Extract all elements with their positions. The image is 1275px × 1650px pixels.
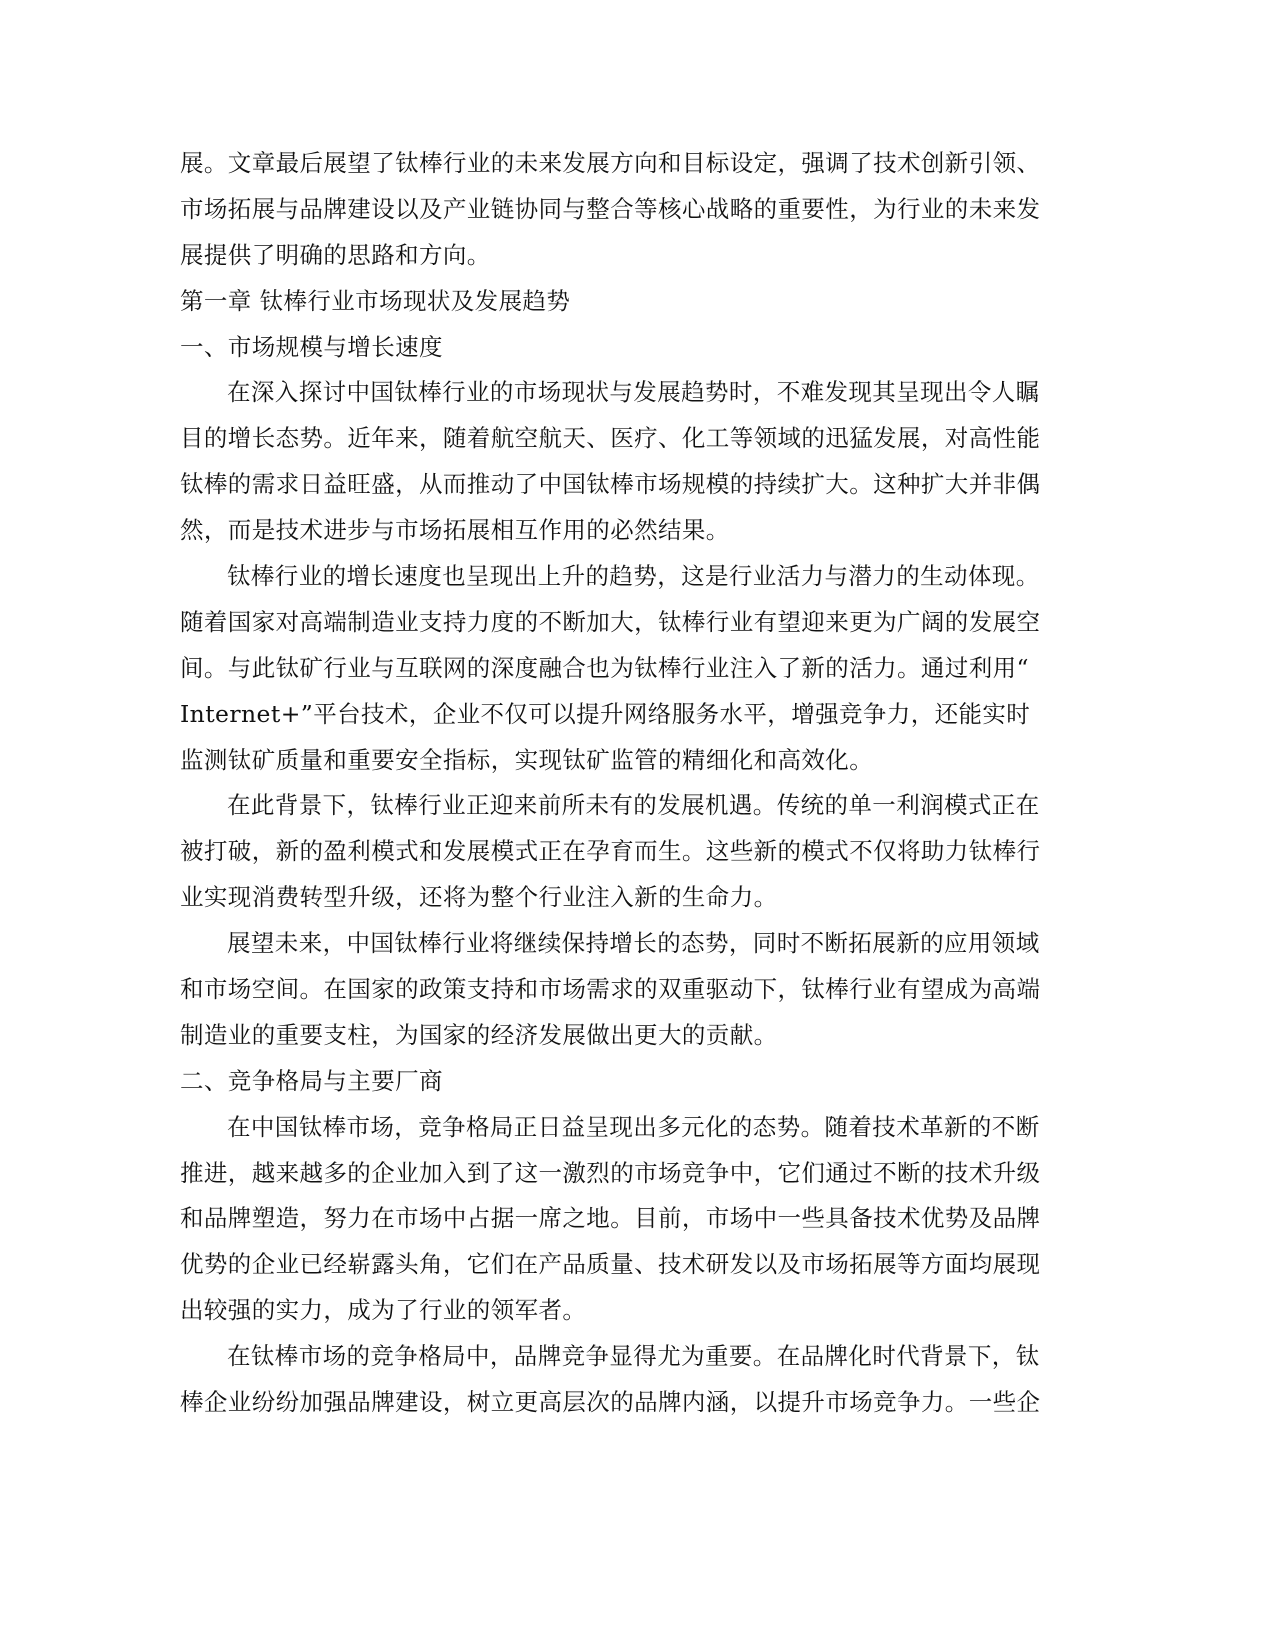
paragraph-line: 展望未来，中国钛棒行业将继续保持增长的态势，同时不断拓展新的应用领域 bbox=[180, 921, 1038, 967]
paragraph-line: 在钛棒市场的竞争格局中，品牌竞争显得尤为重要。在品牌化时代背景下，钛 bbox=[180, 1334, 1038, 1380]
paragraph-line: 监测钛矿质量和重要安全指标，实现钛矿监管的精细化和高效化。 bbox=[180, 738, 1038, 784]
section-heading: 二、竞争格局与主要厂商 bbox=[180, 1059, 1038, 1105]
document-page: 展。文章最后展望了钛棒行业的未来发展方向和目标设定，强调了技术创新引领、 市场拓… bbox=[180, 141, 1038, 1426]
paragraph-line: 被打破，新的盈利模式和发展模式正在孕育而生。这些新的模式不仅将助力钛棒行 bbox=[180, 829, 1038, 875]
paragraph-line: 优势的企业已经崭露头角，它们在产品质量、技术研发以及市场拓展等方面均展现 bbox=[180, 1242, 1038, 1288]
paragraph-line: 和市场空间。在国家的政策支持和市场需求的双重驱动下，钛棒行业有望成为高端 bbox=[180, 967, 1038, 1013]
paragraph-line: 展提供了明确的思路和方向。 bbox=[180, 233, 1038, 279]
paragraph-line: 然，而是技术进步与市场拓展相互作用的必然结果。 bbox=[180, 508, 1038, 554]
section-heading: 一、市场规模与增长速度 bbox=[180, 325, 1038, 371]
paragraph-line: 展。文章最后展望了钛棒行业的未来发展方向和目标设定，强调了技术创新引领、 bbox=[180, 141, 1038, 187]
paragraph-line: 业实现消费转型升级，还将为整个行业注入新的生命力。 bbox=[180, 875, 1038, 921]
paragraph-line: 推进，越来越多的企业加入到了这一激烈的市场竞争中，它们通过不断的技术升级 bbox=[180, 1151, 1038, 1197]
paragraph-line: Internet+”平台技术，企业不仅可以提升网络服务水平，增强竞争力，还能实时 bbox=[180, 692, 1038, 738]
paragraph-line: 钛棒的需求日益旺盛，从而推动了中国钛棒市场规模的持续扩大。这种扩大并非偶 bbox=[180, 462, 1038, 508]
paragraph-line: 和品牌塑造，努力在市场中占据一席之地。目前，市场中一些具备技术优势及品牌 bbox=[180, 1196, 1038, 1242]
chapter-heading: 第一章 钛棒行业市场现状及发展趋势 bbox=[180, 279, 1038, 325]
paragraph-line: 间。与此钛矿行业与互联网的深度融合也为钛棒行业注入了新的活力。通过利用“ bbox=[180, 646, 1038, 692]
paragraph-line: 市场拓展与品牌建设以及产业链协同与整合等核心战略的重要性，为行业的未来发 bbox=[180, 187, 1038, 233]
paragraph-line: 钛棒行业的增长速度也呈现出上升的趋势，这是行业活力与潜力的生动体现。 bbox=[180, 554, 1038, 600]
paragraph-line: 出较强的实力，成为了行业的领军者。 bbox=[180, 1288, 1038, 1334]
paragraph-line: 目的增长态势。近年来，随着航空航天、医疗、化工等领域的迅猛发展，对高性能 bbox=[180, 416, 1038, 462]
paragraph-line: 在深入探讨中国钛棒行业的市场现状与发展趋势时，不难发现其呈现出令人瞩 bbox=[180, 370, 1038, 416]
paragraph-line: 随着国家对高端制造业支持力度的不断加大，钛棒行业有望迎来更为广阔的发展空 bbox=[180, 600, 1038, 646]
paragraph-line: 棒企业纷纷加强品牌建设，树立更高层次的品牌内涵，以提升市场竞争力。一些企 bbox=[180, 1380, 1038, 1426]
paragraph-line: 在此背景下，钛棒行业正迎来前所未有的发展机遇。传统的单一利润模式正在 bbox=[180, 783, 1038, 829]
paragraph-line: 制造业的重要支柱，为国家的经济发展做出更大的贡献。 bbox=[180, 1013, 1038, 1059]
paragraph-line: 在中国钛棒市场，竞争格局正日益呈现出多元化的态势。随着技术革新的不断 bbox=[180, 1105, 1038, 1151]
